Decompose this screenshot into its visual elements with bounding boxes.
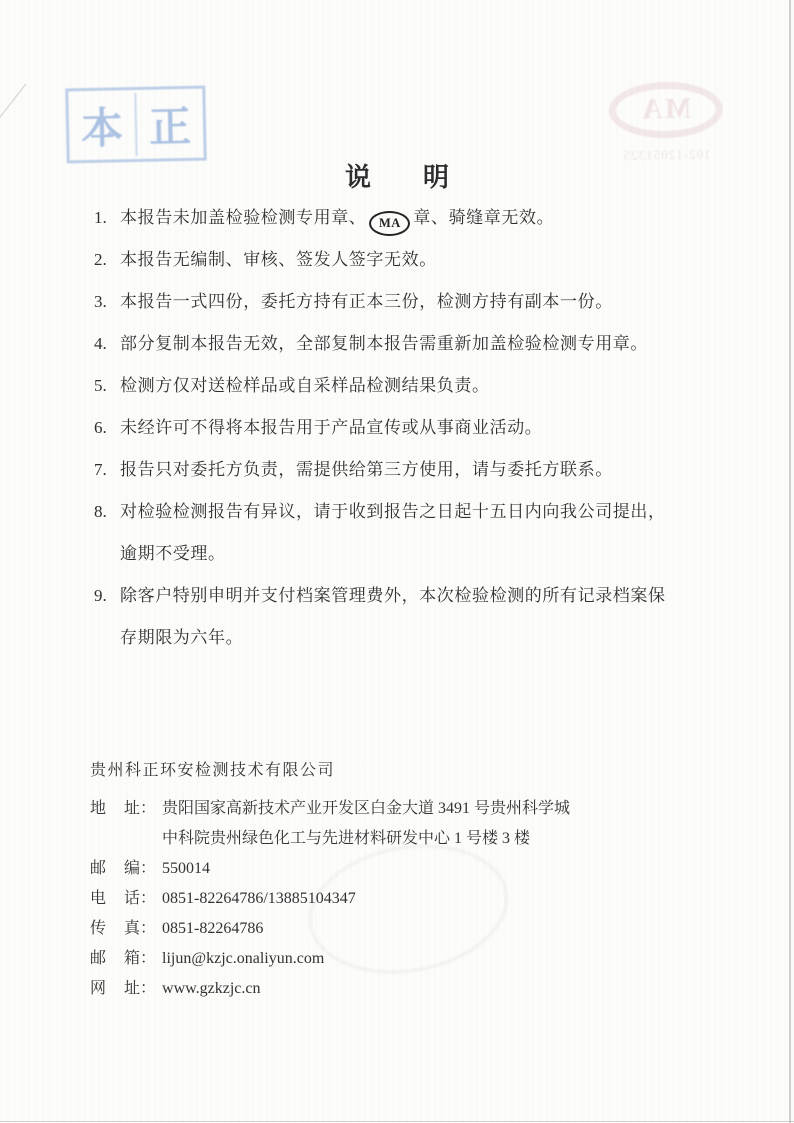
label-char: 箱 xyxy=(124,944,140,974)
page-title: 说 明 xyxy=(0,157,794,194)
note-item-4: 4. 部分复制本报告无效，全部复制本报告需重新加盖检验检测专用章。 xyxy=(94,323,676,365)
cma-stamp-bleedthrough: MA 102-12051325 xyxy=(597,81,734,164)
note-number: 2. xyxy=(94,239,120,281)
note-item-1: 1. 本报告未加盖检验检测专用章、MA章、骑缝章无效。 xyxy=(94,197,676,239)
label-char: 邮 xyxy=(90,944,106,974)
label-char: 邮 xyxy=(90,854,106,884)
note-text: 本报告无编制、审核、签发人签字无效。 xyxy=(120,239,676,281)
scanned-report-notes-page: 本 正 MA 102-12051325 说 明 1. 本报告未加盖检验检测专用章… xyxy=(0,0,794,1123)
contact-row-email: 邮箱 ： lijun@kzjc.onaliyun.com xyxy=(90,944,570,974)
contact-label: 网址 xyxy=(90,974,140,1004)
note-number: 6. xyxy=(94,407,120,449)
scan-corner-artifact xyxy=(0,84,26,118)
note-number: 8. xyxy=(94,491,120,575)
cma-oval-icon: MA xyxy=(608,81,723,139)
note-1-post: 章、骑缝章无效。 xyxy=(413,208,554,227)
contact-row-fax: 传真 ： 0851-82264786 xyxy=(90,914,570,944)
label-char: 网 xyxy=(90,974,106,1004)
note-item-5: 5. 检测方仅对送检样品或自采样品检测结果负责。 xyxy=(94,365,676,407)
contact-value: 0851-82264786 xyxy=(162,914,263,944)
label-char: 址 xyxy=(124,974,140,1004)
original-copy-stamp: 本 正 xyxy=(65,86,207,164)
note-number: 4. xyxy=(94,323,120,365)
contact-value: lijun@kzjc.onaliyun.com xyxy=(162,944,324,974)
note-item-8: 8. 对检验检测报告有异议，请于收到报告之日起十五日内向我公司提出，逾期不受理。 xyxy=(94,491,676,575)
note-item-2: 2. 本报告无编制、审核、签发人签字无效。 xyxy=(94,239,676,281)
contact-value: 550014 xyxy=(162,854,210,884)
contact-label: 地址 xyxy=(90,794,140,854)
stamp-char-right: 正 xyxy=(136,89,203,159)
scan-edge-bottom xyxy=(0,1121,794,1122)
note-item-9: 9. 除客户特别申明并支付档案管理费外，本次检验检测的所有记录档案保存期限为六年… xyxy=(94,575,676,659)
note-text: 部分复制本报告无效，全部复制本报告需重新加盖检验检测专用章。 xyxy=(120,323,676,365)
note-text: 对检验检测报告有异议，请于收到报告之日起十五日内向我公司提出，逾期不受理。 xyxy=(120,491,676,575)
note-item-7: 7. 报告只对委托方负责，需提供给第三方使用，请与委托方联系。 xyxy=(94,449,676,491)
note-number: 1. xyxy=(94,197,120,239)
notes-list: 1. 本报告未加盖检验检测专用章、MA章、骑缝章无效。 2. 本报告无编制、审核… xyxy=(94,197,676,659)
label-colon: ： xyxy=(140,854,156,884)
label-colon: ： xyxy=(140,884,156,914)
note-text: 未经许可不得将本报告用于产品宣传或从事商业活动。 xyxy=(120,407,676,449)
note-text: 本报告一式四份，委托方持有正本三份，检测方持有副本一份。 xyxy=(120,281,676,323)
contact-value: www.gzkzjc.cn xyxy=(162,974,260,1004)
contact-row-zip: 邮编 ： 550014 xyxy=(90,854,570,884)
label-colon: ： xyxy=(140,794,156,854)
contact-row-website: 网址 ： www.gzkzjc.cn xyxy=(90,974,570,1004)
cma-mark-icon: MA xyxy=(369,211,410,236)
label-colon: ： xyxy=(140,914,156,944)
label-char: 电 xyxy=(90,884,106,914)
contact-value: 0851-82264786/13885104347 xyxy=(162,884,356,914)
contact-label: 邮编 xyxy=(90,854,140,884)
contact-row-address: 地址 ： 贵阳国家高新技术产业开发区白金大道 3491 号贵州科学城 中科院贵州… xyxy=(90,794,570,854)
label-char: 址 xyxy=(124,794,140,854)
contact-row-phone: 电话 ： 0851-82264786/13885104347 xyxy=(90,884,570,914)
contact-label: 传真 xyxy=(90,914,140,944)
address-line-1: 贵阳国家高新技术产业开发区白金大道 3491 号贵州科学城 xyxy=(162,794,570,824)
note-number: 5. xyxy=(94,365,120,407)
contact-value: 贵阳国家高新技术产业开发区白金大道 3491 号贵州科学城 中科院贵州绿色化工与… xyxy=(162,794,570,854)
note-text: 检测方仅对送检样品或自采样品检测结果负责。 xyxy=(120,365,676,407)
company-name: 贵州科正环安检测技术有限公司 xyxy=(90,756,570,786)
note-number: 3. xyxy=(94,281,120,323)
contact-label: 电话 xyxy=(90,884,140,914)
note-number: 7. xyxy=(94,449,120,491)
label-char: 话 xyxy=(124,884,140,914)
label-char: 地 xyxy=(90,794,106,854)
stamp-char-left: 本 xyxy=(68,90,135,160)
label-colon: ： xyxy=(140,974,156,1004)
note-item-6: 6. 未经许可不得将本报告用于产品宣传或从事商业活动。 xyxy=(94,407,676,449)
note-1-pre: 本报告未加盖检验检测专用章、 xyxy=(120,208,366,227)
note-text: 本报告未加盖检验检测专用章、MA章、骑缝章无效。 xyxy=(120,197,676,239)
label-char: 传 xyxy=(90,914,106,944)
label-colon: ： xyxy=(140,944,156,974)
note-number: 9. xyxy=(94,575,120,659)
address-line-2: 中科院贵州绿色化工与先进材料研发中心 1 号楼 3 楼 xyxy=(162,824,570,854)
label-char: 真 xyxy=(124,914,140,944)
note-item-3: 3. 本报告一式四份，委托方持有正本三份，检测方持有副本一份。 xyxy=(94,281,676,323)
label-char: 编 xyxy=(124,854,140,884)
note-text: 除客户特别申明并支付档案管理费外，本次检验检测的所有记录档案保存期限为六年。 xyxy=(120,575,676,659)
note-text: 报告只对委托方负责，需提供给第三方使用，请与委托方联系。 xyxy=(120,449,676,491)
company-contact-block: 贵州科正环安检测技术有限公司 地址 ： 贵阳国家高新技术产业开发区白金大道 34… xyxy=(90,756,570,1004)
contact-label: 邮箱 xyxy=(90,944,140,974)
